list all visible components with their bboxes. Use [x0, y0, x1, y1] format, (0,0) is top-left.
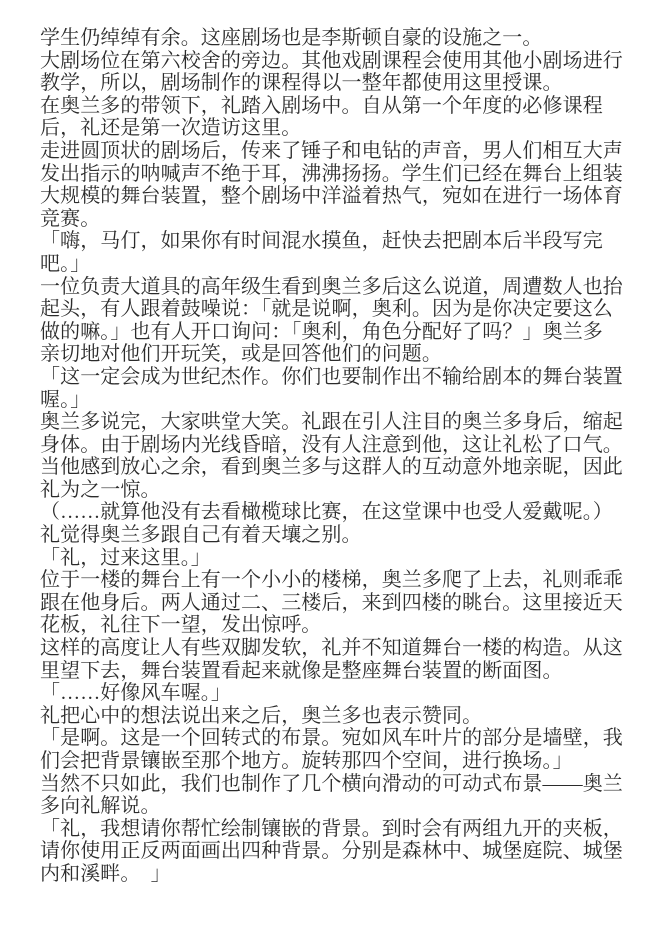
text-line: 花板，礼往下一望，发出惊呼。 — [40, 614, 624, 637]
text-line: 当然不只如此，我们也制作了几个横向滑动的可动式布景——奥兰 — [40, 773, 624, 796]
text-line: 「礼，我想请你帮忙绘制镶嵌的背景。到时会有两组九开的夹板， — [40, 818, 624, 841]
text-line: 跟在他身后。两人通过二、三楼后，来到四楼的眺台。这里接近天 — [40, 592, 624, 615]
text-line: 起头，有人跟着鼓噪说：「就是说啊，奥利。因为是你决定要这么 — [40, 298, 624, 321]
text-line: 礼为之一惊。 — [40, 479, 624, 502]
text-line: 一位负责大道具的高年级生看到奥兰多后这么说道，周遭数人也抬 — [40, 276, 624, 299]
text-line: 学生仍绰绰有余。这座剧场也是李斯顿自豪的设施之一。 — [40, 27, 624, 50]
text-line: 教学，所以，剧场制作的课程得以一整年都使用这里授课。 — [40, 72, 624, 95]
document-page: 学生仍绰绰有余。这座剧场也是李斯顿自豪的设施之一。 大剧场位在第六校舍的旁边。其… — [0, 0, 662, 935]
text-line: 多向礼解说。 — [40, 795, 624, 818]
text-line: 「这一定会成为世纪杰作。你们也要制作出不输给剧本的舞台装置 — [40, 366, 624, 389]
text-line: 大规模的舞台装置，整个剧场中洋溢着热气，宛如在进行一场体育 — [40, 185, 624, 208]
text-line: 「是啊。这是一个回转式的布景。宛如风车叶片的部分是墙壁，我 — [40, 727, 624, 750]
text-line: 大剧场位在第六校舍的旁边。其他戏剧课程会使用其他小剧场进行 — [40, 50, 624, 73]
text-line: 后，礼还是第一次造访这里。 — [40, 117, 624, 140]
text-line: 「礼，过来这里。」 — [40, 547, 624, 570]
text-line: 请你使用正反两面画出四种背景。分别是森林中、城堡庭院、城堡 — [40, 840, 624, 863]
text-line: 这样的高度让人有些双脚发软，礼并不知道舞台一楼的构造。从这 — [40, 637, 624, 660]
text-line: 当他感到放心之余，看到奥兰多与这群人的互动意外地亲昵，因此 — [40, 456, 624, 479]
text-line: （……就算他没有去看橄榄球比赛，在这堂课中也受人爱戴呢。） — [40, 501, 624, 524]
text-line: 们会把背景镶嵌至那个地方。旋转那四个空间，进行换场。」 — [40, 750, 624, 773]
text-line: 走进圆顶状的剧场后，传来了锤子和电钻的声音，男人们相互大声 — [40, 140, 624, 163]
text-line: 发出指示的呐喊声不绝于耳，沸沸扬扬。学生们已经在舞台上组装 — [40, 163, 624, 186]
text-line: 里望下去，舞台装置看起来就像是整座舞台装置的断面图。 — [40, 660, 624, 683]
text-line: 在奥兰多的带领下，礼踏入剧场中。自从第一个年度的必修课程 — [40, 95, 624, 118]
text-line: 内和溪畔。 」 — [40, 863, 624, 886]
text-line: 礼把心中的想法说出来之后，奥兰多也表示赞同。 — [40, 705, 624, 728]
text-line: 礼觉得奥兰多跟自己有着天壤之别。 — [40, 524, 624, 547]
text-line: 「嗨，马仃，如果你有时间混水摸鱼，赶快去把剧本后半段写完 — [40, 230, 624, 253]
text-line: 「……好像风车喔。」 — [40, 682, 624, 705]
text-line: 身体。由于剧场内光线昏暗，没有人注意到他，这让礼松了口气。 — [40, 434, 624, 457]
text-line: 做的嘛。」也有人开口询问：「奥利，角色分配好了吗？」奥兰多 — [40, 321, 624, 344]
text-line: 喔。」 — [40, 389, 624, 412]
text-line: 位于一楼的舞台上有一个小小的楼梯，奥兰多爬了上去，礼则乖乖 — [40, 569, 624, 592]
novel-text-block: 学生仍绰绰有余。这座剧场也是李斯顿自豪的设施之一。 大剧场位在第六校舍的旁边。其… — [40, 27, 624, 886]
text-line: 竞赛。 — [40, 208, 624, 231]
text-line: 奥兰多说完，大家哄堂大笑。礼跟在引人注目的奥兰多身后，缩起 — [40, 411, 624, 434]
text-line: 亲切地对他们开玩笑，或是回答他们的问题。 — [40, 343, 624, 366]
text-line: 吧。」 — [40, 253, 624, 276]
